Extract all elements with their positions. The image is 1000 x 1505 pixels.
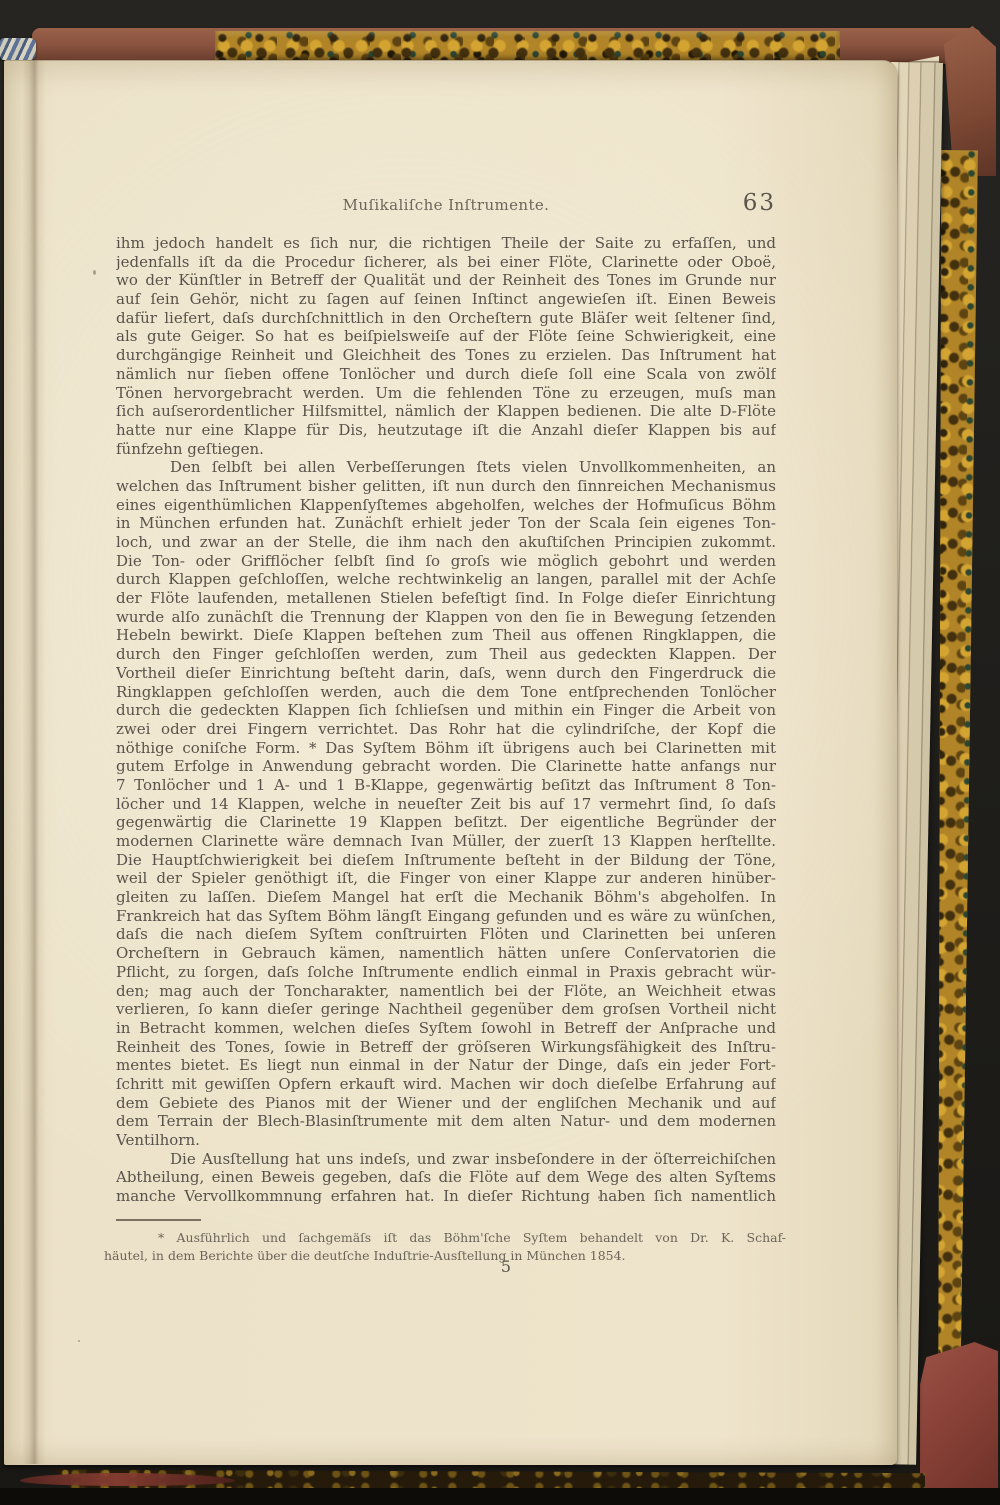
cover-leather-corner-bottom-right bbox=[920, 1342, 998, 1494]
paper-speck bbox=[93, 270, 96, 275]
text-line: dem Terrain der Blech-Blasinſtrumente mi… bbox=[116, 1112, 776, 1131]
cover-leather-bottom bbox=[20, 1473, 235, 1486]
text-line: dem Gebiete des Pianos mit der Wiener un… bbox=[116, 1094, 776, 1113]
text-line: nämlich nur ſieben offene Tonlöcher und … bbox=[116, 365, 776, 384]
text-line: manche Vervollkommnung erfahren hat. In … bbox=[116, 1187, 776, 1206]
text-line: auf ſein Gehör, nicht zu ſagen auf ſeine… bbox=[116, 290, 776, 309]
text-line: Die Ausſtellung hat uns indeſs, und zwar… bbox=[116, 1150, 776, 1169]
text-line: nöthige coniſche Form. * Das Syſtem Böhm… bbox=[116, 739, 776, 758]
text-line: Orcheſtern in Gebrauch kämen, namentlich… bbox=[116, 944, 776, 963]
text-line: löcher und 14 Klappen, welche in neueſte… bbox=[116, 795, 776, 814]
signature-mark: 5 bbox=[486, 1257, 526, 1276]
footnote-rule bbox=[116, 1219, 201, 1221]
text-line: Pflicht, zu ſorgen, daſs ſolche Inſtrume… bbox=[116, 963, 776, 982]
text-line: Hebeln bewirkt. Dieſe Klappen beſtehen z… bbox=[116, 626, 776, 645]
text-line: jedenfalls iſt da die Procedur ſicherer,… bbox=[116, 253, 776, 272]
text-line: durch den Finger geſchloſſen werden, zum… bbox=[116, 645, 776, 664]
text-line: durch die gedeckten Klappen ſich ſchlieſ… bbox=[116, 701, 776, 720]
page-number: 63 bbox=[640, 190, 776, 216]
marbled-board-edge-top bbox=[215, 31, 840, 62]
text-line: Die Hauptſchwierigkeit bei dieſem Inſtru… bbox=[116, 851, 776, 870]
footnote-line: häutel, in dem Berichte über die deutſch… bbox=[104, 1247, 786, 1265]
text-line: durch Klappen geſchloſſen, welche rechtw… bbox=[116, 570, 776, 589]
text-line: gutem Erfolge in Anwendung gebracht word… bbox=[116, 757, 776, 776]
footnote: * Ausführlich und ſachgemäſs iſt das Böh… bbox=[104, 1229, 786, 1265]
text-line: Ventilhorn. bbox=[116, 1131, 776, 1150]
text-line: verlieren, ſo kann dieſer geringe Nachth… bbox=[116, 1000, 776, 1019]
text-line: in Betracht kommen, welchen dieſes Syſte… bbox=[116, 1019, 776, 1038]
text-line: hatte nur eine Klappe für Dis, heutzutag… bbox=[116, 421, 776, 440]
text-line: daſs die nach dieſem Syſtem conſtruirten… bbox=[116, 925, 776, 944]
paragraph: Den ſelbſt bei allen Verbeſſerungen ſtet… bbox=[116, 458, 776, 1149]
text-line: gleiten zu laſſen. Dieſem Mangel hat erſ… bbox=[116, 888, 776, 907]
text-line: Ringklappen geſchloſſen werden, auch die… bbox=[116, 683, 776, 702]
text-line: ſich auſserordentlicher Hilfsmittel, näm… bbox=[116, 402, 776, 421]
text-line: als gute Geiger. So hat es beiſpielsweiſ… bbox=[116, 327, 776, 346]
paper-speck bbox=[78, 1340, 80, 1342]
text-line: in München erfunden hat. Zunächſt erhiel… bbox=[116, 514, 776, 533]
text-line: Die Ton- oder Grifflöcher ſelbſt ſind ſo… bbox=[116, 552, 776, 571]
footnote-line: * Ausführlich und ſachgemäſs iſt das Böh… bbox=[104, 1229, 786, 1247]
text-line: 7 Tonlöcher und 1 A- und 1 B-Klappe, geg… bbox=[116, 776, 776, 795]
book-scan: Muſikaliſche Inſtrumente. 63 ihm jedoch … bbox=[0, 0, 1000, 1505]
text-line: eines eigenthümlichen Klappenſyſtemes ab… bbox=[116, 496, 776, 515]
text-line: Reinheit des Tones, ſowie in Betreff der… bbox=[116, 1038, 776, 1057]
text-line: wo der Künſtler in Betreff der Qualität … bbox=[116, 271, 776, 290]
text-line: ſchritt mit gewiſſen Opfern erkauft wird… bbox=[116, 1075, 776, 1094]
text-line: der Flöte laufenden, metallenen Stielen … bbox=[116, 589, 776, 608]
text-line: gegenwärtig die Clarinette 19 Klappen be… bbox=[116, 813, 776, 832]
endband bbox=[0, 38, 36, 60]
text-line: fünfzehn geſtiegen. bbox=[116, 440, 776, 459]
text-line: dafür liefert, daſs durchſchnittlich in … bbox=[116, 309, 776, 328]
text-line: weil der Spieler genöthigt iſt, die Fing… bbox=[116, 869, 776, 888]
text-line: ihm jedoch handelt es ſich nur, die rich… bbox=[116, 234, 776, 253]
text-line: Den ſelbſt bei allen Verbeſſerungen ſtet… bbox=[116, 458, 776, 477]
text-line: wurde alſo zunächſt die Trennung der Kla… bbox=[116, 608, 776, 627]
text-line: Abtheilung, einen Beweis gegeben, daſs d… bbox=[116, 1168, 776, 1187]
text-line: mentes bietet. Es liegt nun einmal in de… bbox=[116, 1056, 776, 1075]
paragraph: Die Ausſtellung hat uns indeſs, und zwar… bbox=[116, 1150, 776, 1206]
text-line: welchen das Inſtrument bisher gelitten, … bbox=[116, 477, 776, 496]
text-line: den; mag auch der Toncharakter, namentli… bbox=[116, 982, 776, 1001]
paragraph: ihm jedoch handelt es ſich nur, die rich… bbox=[116, 234, 776, 458]
text-line: durchgängige Reinheit und Gleichheit des… bbox=[116, 346, 776, 365]
text-line: loch, und zwar an der Stelle, die ihm na… bbox=[116, 533, 776, 552]
text-line: zwei oder drei Fingern verrichtet. Das R… bbox=[116, 720, 776, 739]
text-line: modernen Clarinette wäre demnach Ivan Mü… bbox=[116, 832, 776, 851]
gutter-crease bbox=[22, 60, 46, 1464]
background-shadow-bottom bbox=[0, 1488, 1000, 1505]
text-line: Tönen hervorgebracht werden. Um die fehl… bbox=[116, 384, 776, 403]
text-line: Vortheil dieſer Einrichtung beſteht dari… bbox=[116, 664, 776, 683]
text-line: Frankreich hat das Syſtem Böhm längſt Ei… bbox=[116, 907, 776, 926]
page-body-text: ihm jedoch handelt es ſich nur, die rich… bbox=[116, 234, 776, 1206]
